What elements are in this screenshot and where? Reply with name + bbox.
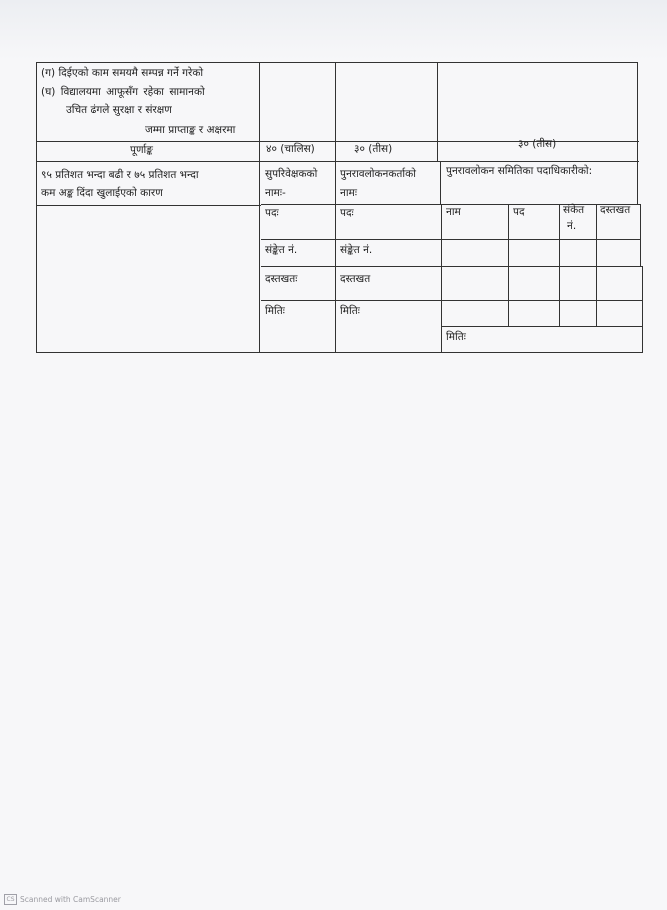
- row-divider: [261, 239, 641, 240]
- row-divider: [261, 300, 642, 301]
- reviewer-name-label: पुनरावलोकनकर्ताको: [340, 167, 416, 182]
- full-marks-label: पूर्णाङ्क: [130, 143, 153, 158]
- row-divider: [261, 266, 642, 267]
- committee-col-post: पद: [513, 205, 525, 220]
- row-divider: [441, 326, 643, 327]
- criteria-item-gha-cont: उचित ढंगले सुरक्षा र संरक्षण: [66, 103, 172, 118]
- total-in-words-label: जम्मा प्राप्ताङ्क र अक्षरमा: [145, 123, 235, 138]
- reviewer-date-field: मितिः: [340, 304, 360, 319]
- supervisor-post-field: पदः: [265, 206, 279, 221]
- column-divider: [440, 161, 441, 205]
- committee-date-field: मितिः: [446, 330, 466, 345]
- reviewer-code-field: संङ्केत नं.: [340, 243, 372, 258]
- supervisor-name-field: नामः-: [265, 186, 286, 201]
- column-divider: [508, 204, 509, 326]
- row-divider: [36, 205, 261, 206]
- supervisor-name-label: सुपरिवेक्षकको: [265, 167, 317, 182]
- scan-background: [0, 0, 667, 60]
- row-divider: [36, 161, 639, 162]
- column-divider: [259, 63, 260, 353]
- committee-col-code-cont: नं.: [567, 219, 576, 234]
- reviewer-name-field: नामः: [340, 186, 357, 201]
- reason-label: ९५ प्रतिशत भन्दा बढी र ७५ प्रतिशत भन्दा: [41, 168, 199, 183]
- table-border-top: [36, 62, 638, 63]
- camscanner-logo-icon: CS: [4, 894, 17, 905]
- full-marks-committee: ३० (तीस): [518, 137, 556, 152]
- committee-title: पुनरावलोकन समितिका पदाधिकारीको:: [446, 164, 592, 179]
- reason-label-cont: कम अङ्क दिंदा खुलाईएको कारण: [41, 186, 163, 201]
- supervisor-signature-field: दस्तखतः: [265, 272, 297, 287]
- supervisor-code-field: संङ्केत नं.: [265, 243, 297, 258]
- column-divider: [441, 204, 442, 353]
- reviewer-signature-field: दस्तखत: [340, 272, 370, 287]
- table-border-right: [642, 266, 643, 353]
- supervisor-date-field: मितिः: [265, 304, 285, 319]
- scanner-watermark: CS Scanned with CamScanner: [4, 894, 121, 905]
- watermark-text: Scanned with CamScanner: [20, 895, 121, 904]
- committee-col-code: संकेत: [563, 203, 584, 218]
- committee-col-signature: दस्तखत: [600, 203, 630, 218]
- full-marks-supervisor: ४० (चालिस): [266, 142, 315, 157]
- column-divider: [335, 63, 336, 353]
- column-divider: [596, 204, 597, 326]
- column-divider: [437, 63, 438, 161]
- committee-col-name: नाम: [446, 205, 461, 220]
- table-border-right: [640, 204, 641, 266]
- table-border-left: [36, 62, 37, 353]
- column-divider: [559, 204, 560, 326]
- table-border-bottom: [36, 352, 643, 353]
- table-border-right: [637, 62, 638, 204]
- criteria-item-gha: (घ) विद्यालयमा आफूसँग रहेका सामानको: [41, 85, 205, 100]
- reviewer-post-field: पदः: [340, 206, 354, 221]
- criteria-item-ga: (ग) दिईएको काम समयमै सम्पन्न गर्ने गरेको: [41, 66, 203, 81]
- full-marks-reviewer: ३० (तीस): [354, 142, 392, 157]
